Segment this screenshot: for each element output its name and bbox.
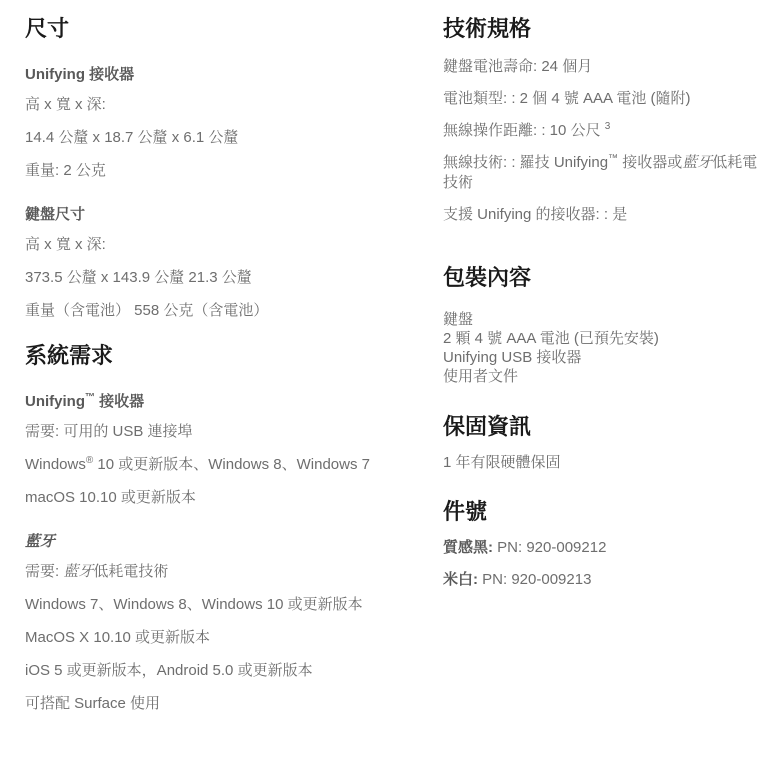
wireless-range-text: 無線操作距離: : 10 公尺 bbox=[443, 122, 605, 139]
unifying-ready-row: 支援 Unifying 的接收器: : 是 bbox=[443, 205, 768, 225]
bt-req-rest: 低耗電技術 bbox=[93, 563, 168, 580]
package-item: 鍵盤 bbox=[443, 310, 768, 329]
battery-type-row: 電池類型: : 2 個 4 號 AAA 電池 (隨附) bbox=[443, 89, 768, 109]
bt-req-prefix: 需要: bbox=[25, 563, 63, 580]
warranty-text: 1 年有限硬體保固 bbox=[443, 453, 768, 473]
part-row-graphite: 質感黑: PN: 920-009212 bbox=[443, 538, 768, 558]
windows-versions: 10 或更新版本、Windows 8、Windows 7 bbox=[93, 456, 370, 473]
wireless-tech-prefix: 無線技術: : 羅技 Unifying bbox=[443, 154, 608, 171]
receiver-hwd-value: 14.4 公釐 x 18.7 公釐 x 6.1 公釐 bbox=[25, 128, 407, 148]
keyboard-weight: 重量（含電池） 558 公克（含電池） bbox=[25, 301, 407, 321]
unifying-subtitle-rest: 接收器 bbox=[95, 393, 144, 410]
bluetooth-requirement-line: 需要: 藍牙低耗電技術 bbox=[25, 562, 407, 582]
windows-brand: Windows bbox=[25, 456, 86, 473]
package-item: 2 顆 4 號 AAA 電池 (已預先安裝) bbox=[443, 329, 768, 348]
dimensions-title: 尺寸 bbox=[25, 16, 407, 41]
bt-macos-support-line: MacOS X 10.10 或更新版本 bbox=[25, 628, 407, 648]
package-item: Unifying USB 接收器 bbox=[443, 348, 768, 367]
wireless-tech-row: 無線技術: : 羅技 Unifying™ 接收器或藍牙低耗電技術 bbox=[443, 153, 768, 193]
battery-life-row: 鍵盤電池壽命: 24 個月 bbox=[443, 57, 768, 77]
bluetooth-subtitle: 藍牙 bbox=[25, 532, 407, 552]
trademark-mark: ™ bbox=[608, 153, 618, 164]
usb-requirement-line: 需要: 可用的 USB 連接埠 bbox=[25, 422, 407, 442]
footnote-3-mark: 3 bbox=[605, 121, 611, 132]
bt-windows-support-line: Windows 7、Windows 8、Windows 10 或更新版本 bbox=[25, 595, 407, 615]
receiver-hwd-label: 高 x 寬 x 深: bbox=[25, 95, 407, 115]
system-requirements-title: 系統需求 bbox=[25, 343, 407, 368]
surface-support-line: 可搭配 Surface 使用 bbox=[25, 694, 407, 714]
receiver-weight: 重量: 2 公克 bbox=[25, 161, 407, 181]
spec-page: 尺寸 Unifying 接收器 高 x 寬 x 深: 14.4 公釐 x 18.… bbox=[0, 0, 772, 727]
trademark-mark: ™ bbox=[85, 392, 95, 403]
package-contents-title: 包裝內容 bbox=[443, 265, 768, 290]
keyboard-hwd-label: 高 x 寬 x 深: bbox=[25, 235, 407, 255]
part-number-title: 件號 bbox=[443, 499, 768, 524]
package-item: 使用者文件 bbox=[443, 367, 768, 386]
keyboard-hwd-value: 373.5 公釐 x 143.9 公釐 21.3 公釐 bbox=[25, 268, 407, 288]
bt-brand: 藍牙 bbox=[63, 563, 93, 580]
part-color-label: 質感黑: bbox=[443, 539, 493, 556]
wireless-tech-mid: 接收器或 bbox=[618, 154, 682, 171]
bt-brand: 藍牙 bbox=[682, 154, 712, 171]
unifying-requirements-subtitle: Unifying™ 接收器 bbox=[25, 392, 407, 412]
tech-specs-title: 技術規格 bbox=[443, 16, 768, 41]
part-row-offwhite: 米白: PN: 920-009213 bbox=[443, 570, 768, 590]
wireless-range-row: 無線操作距離: : 10 公尺 3 bbox=[443, 121, 768, 141]
part-color-label: 米白: bbox=[443, 571, 478, 588]
keyboard-dimensions-subtitle: 鍵盤尺寸 bbox=[25, 205, 407, 225]
mobile-support-line: iOS 5 或更新版本，Android 5.0 或更新版本 bbox=[25, 661, 407, 681]
part-number-value: PN: 920-009212 bbox=[493, 539, 606, 556]
macos-support-line: macOS 10.10 或更新版本 bbox=[25, 488, 407, 508]
unifying-brand: Unifying bbox=[25, 393, 85, 410]
windows-support-line: Windows® 10 或更新版本、Windows 8、Windows 7 bbox=[25, 455, 407, 475]
part-number-value: PN: 920-009213 bbox=[478, 571, 591, 588]
unifying-receiver-subtitle: Unifying 接收器 bbox=[25, 65, 407, 85]
right-column: 技術規格 鍵盤電池壽命: 24 個月 電池類型: : 2 個 4 號 AAA 電… bbox=[443, 16, 768, 727]
left-column: 尺寸 Unifying 接收器 高 x 寬 x 深: 14.4 公釐 x 18.… bbox=[25, 16, 407, 727]
warranty-title: 保固資訊 bbox=[443, 414, 768, 439]
